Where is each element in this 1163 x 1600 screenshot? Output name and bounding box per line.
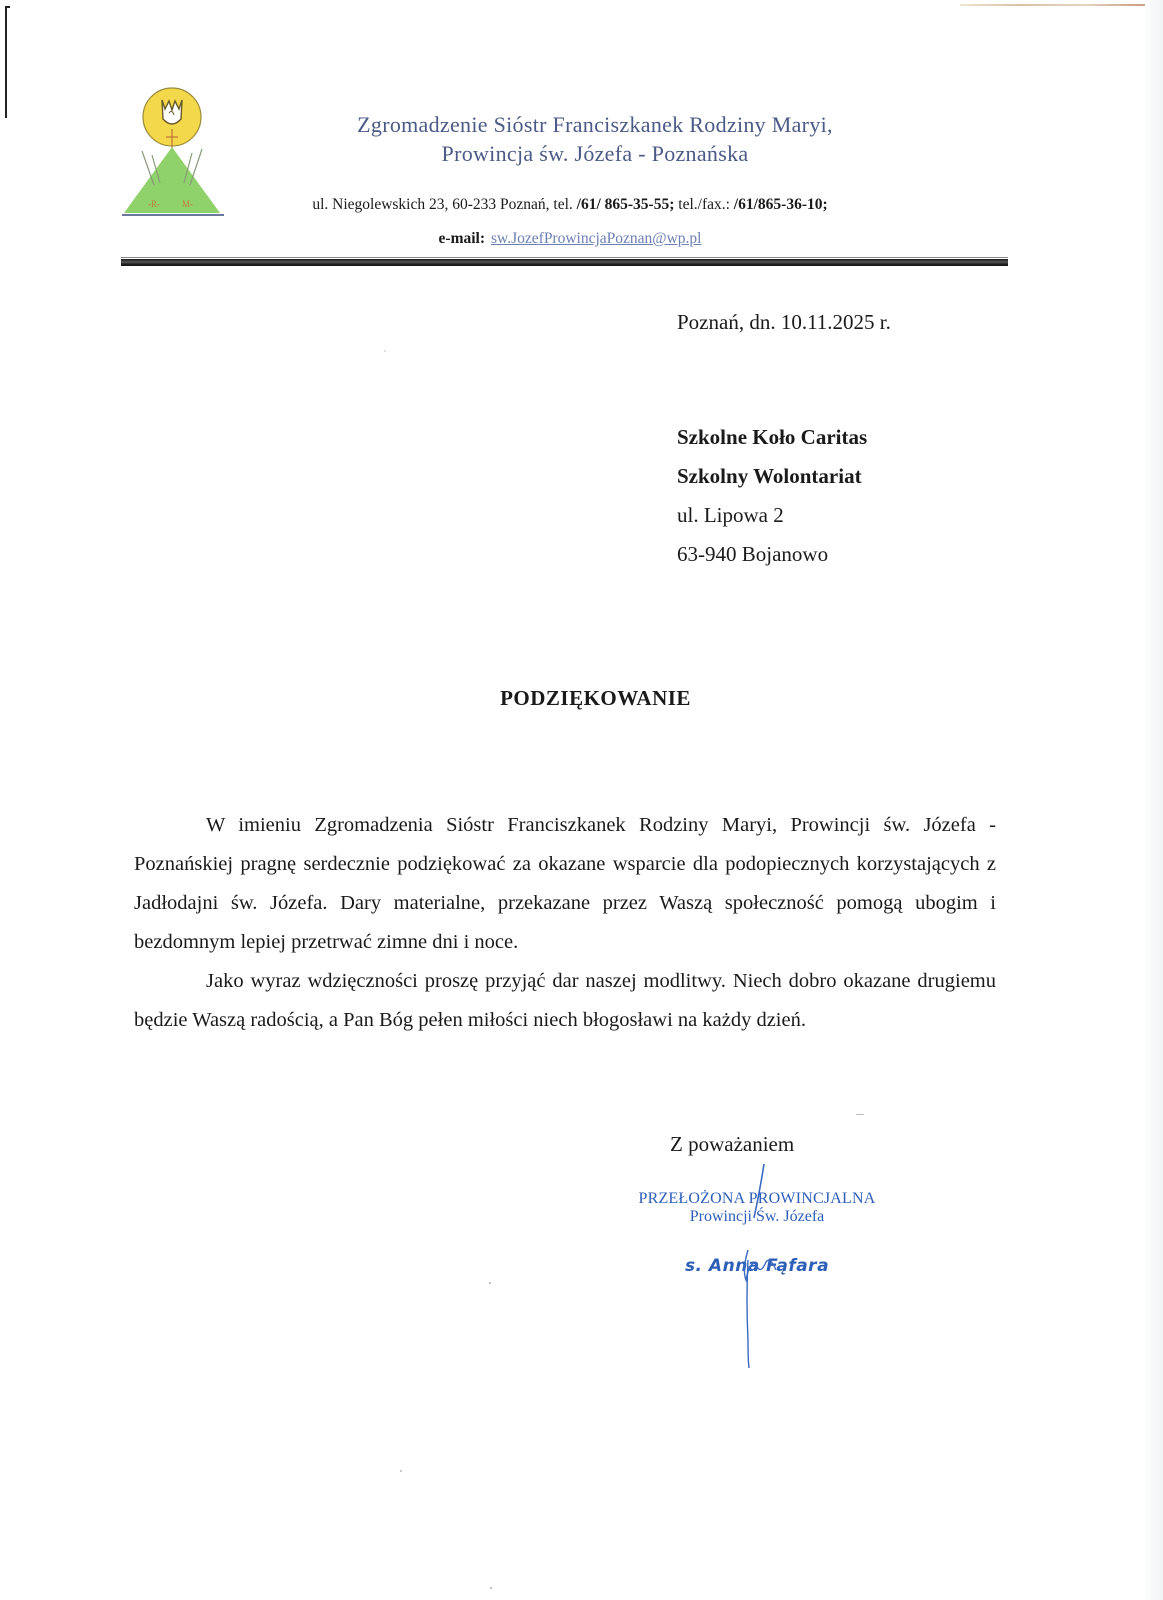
header-divider (121, 259, 1008, 266)
fax-label: tel./fax.: (674, 196, 733, 213)
organization-line-1: Zgromadzenie Sióstr Franciszkanek Rodzin… (300, 110, 890, 139)
date-line: Poznań, dn. 10.11.2025 r. (677, 310, 891, 335)
scan-speck (490, 1587, 492, 1589)
email-line: e-mail:sw.JozefProwincjaPoznan@wp.pl (270, 230, 870, 248)
contact-line: ul. Niegolewskich 23, 60-233 Poznań, tel… (270, 196, 870, 214)
letter-title-text: PODZIĘKOWANIE (500, 686, 691, 710)
letter-title: PODZIĘKOWANIE (0, 686, 1163, 711)
congregation-logo-icon: -R- M- (120, 85, 230, 220)
body-paragraph-2: Jako wyraz wdzięczności proszę przyjąć d… (134, 962, 996, 1040)
scan-edge (1141, 0, 1163, 1600)
svg-text:-R-: -R- (148, 199, 160, 209)
recipient-line-2: Szkolny Wolontariat (677, 457, 867, 496)
fax: /61/865-36-10; (734, 196, 828, 213)
body-paragraph-1: W imieniu Zgromadzenia Sióstr Franciszka… (134, 806, 996, 962)
closing: Z poważaniem (670, 1132, 794, 1157)
scan-speck (400, 1470, 402, 1472)
scan-speck (856, 1114, 864, 1115)
email-link[interactable]: sw.JozefProwincjaPoznan@wp.pl (491, 230, 701, 247)
svg-text:M-: M- (182, 199, 193, 209)
scan-edge (960, 4, 1145, 6)
email-label: e-mail: (439, 230, 485, 247)
scan-speck (489, 1282, 491, 1284)
scan-edge (5, 6, 10, 8)
recipient-line-4: 63-940 Bojanowo (677, 535, 867, 574)
scan-speck (384, 350, 386, 352)
header-divider (121, 257, 1008, 258)
recipient-line-1: Szkolne Koło Caritas (677, 418, 867, 457)
organization-name: Zgromadzenie Sióstr Franciszkanek Rodzin… (300, 110, 890, 168)
handwritten-signature-icon (700, 1160, 820, 1370)
scan-edge (5, 6, 7, 118)
organization-line-2: Prowincja św. Józefa - Poznańska (300, 139, 890, 168)
phone: /61/ 865-35-55; (577, 196, 675, 213)
recipient-block: Szkolne Koło Caritas Szkolny Wolontariat… (677, 418, 867, 574)
recipient-line-3: ul. Lipowa 2 (677, 496, 867, 535)
address: ul. Niegolewskich 23, 60-233 Poznań, tel… (312, 196, 576, 213)
letter-body: W imieniu Zgromadzenia Sióstr Franciszka… (134, 806, 996, 1040)
